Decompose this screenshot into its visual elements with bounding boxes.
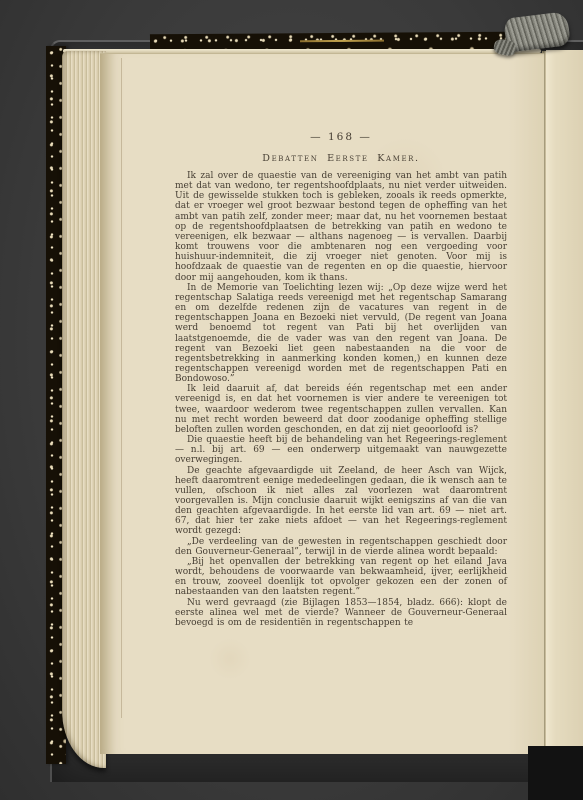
paragraph: Ik zal over de quaestie van de vereenigi…	[175, 171, 507, 283]
paragraph: „De verdeeling van de gewesten in regent…	[175, 537, 507, 557]
facing-page-sliver	[546, 50, 583, 748]
page-content: — 168 — Debatten Eerste Kamer. Ik zal ov…	[175, 54, 507, 628]
page-number: — 168 —	[175, 131, 507, 143]
body-text: Ik zal over de quaestie van de vereenigi…	[175, 171, 507, 628]
paragraph: Nu werd gevraagd (zie Bijlagen 1853—1854…	[175, 598, 507, 628]
section-heading: Debatten Eerste Kamer.	[175, 153, 507, 164]
book-scan: — 168 — Debatten Eerste Kamer. Ik zal ov…	[0, 0, 583, 800]
paragraph: De geachte afgevaardigde uit Zeeland, de…	[175, 466, 507, 537]
sheet-edge-line	[121, 58, 122, 718]
gilt-line	[300, 40, 384, 43]
book-page: — 168 — Debatten Eerste Kamer. Ik zal ov…	[100, 53, 544, 754]
paragraph: Die quaestie heeft bij de behandeling va…	[175, 435, 507, 465]
bottom-shadow	[528, 746, 583, 800]
paragraph: In de Memorie van Toelichting lezen wij:…	[175, 283, 507, 385]
paragraph: Ik leid daaruit af, dat bereids één rege…	[175, 384, 507, 435]
paragraph: „Bij het openvallen der betrekking van r…	[175, 557, 507, 598]
